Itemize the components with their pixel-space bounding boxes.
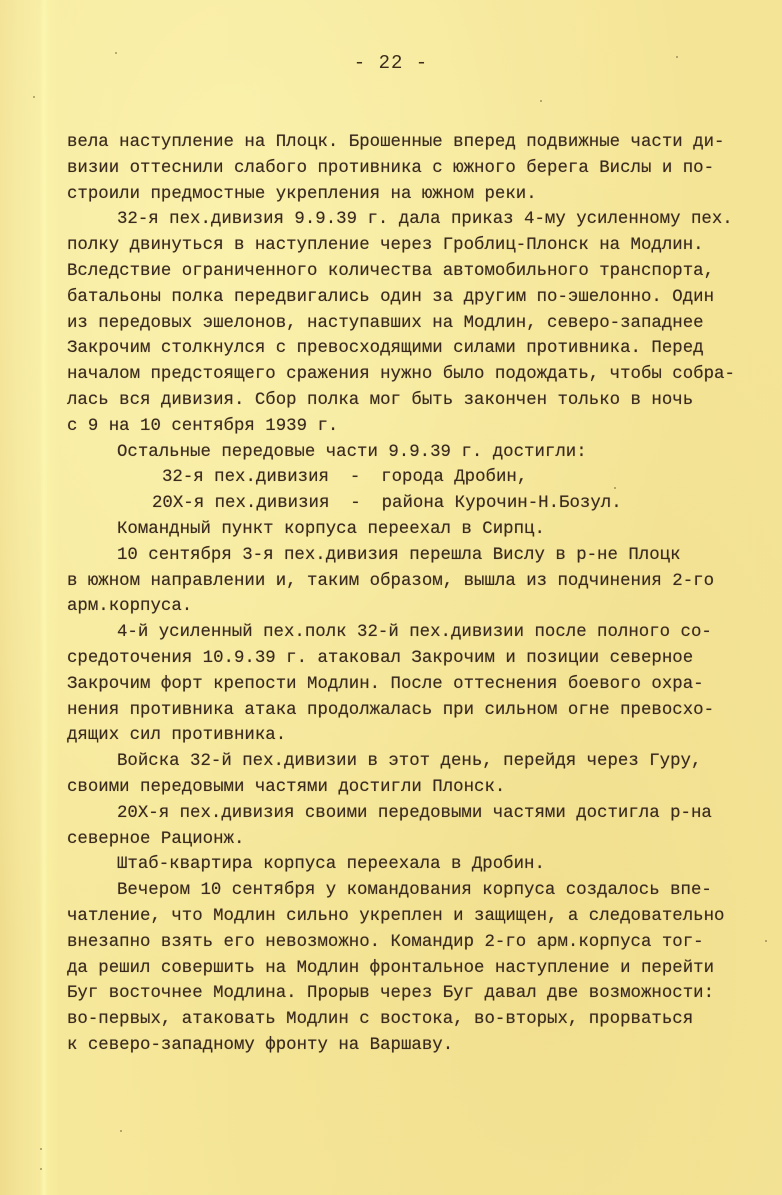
paper-speck [40,1168,42,1170]
paper-speck [40,1148,42,1150]
text-line: в южном направлении и, таким образом, вы… [67,569,757,595]
text-line: 20X-я пех.дивизия своими передовыми част… [67,801,757,827]
text-line: чатление, что Модлин сильно укреплен и з… [67,904,757,930]
paper-speck [540,100,542,102]
paper-speck [120,1130,122,1132]
paper-speck [33,96,35,98]
text-line: 32-я пех.дивизия - города Дробин, [67,465,757,491]
text-line: своими передовыми частями достигли Плонс… [67,775,757,801]
text-line: 10 сентября 3-я пех.дивизия перешла Висл… [67,543,757,569]
text-line: Войска 32-й пех.дивизии в этот день, пер… [67,749,757,775]
text-line: полку двинуться в наступление через Гроб… [67,233,757,259]
text-line: Буг восточнее Модлина. Прорыв через Буг … [67,981,757,1007]
text-line: Закрочим форт крепости Модлин. После отт… [67,672,757,698]
text-line: вела наступление на Плоцк. Брошенные впе… [67,130,757,156]
text-line: визии оттеснили слабого противника с южн… [67,156,757,182]
text-line: Вследствие ограниченного количества авто… [67,259,757,285]
text-line: Остальные передовые части 9.9.39 г. дост… [67,440,757,466]
text-line: северное Рационж. [67,827,757,853]
document-body: вела наступление на Плоцк. Брошенные впе… [67,130,757,1059]
paper-speck [765,940,767,942]
text-line: нения противника атака продолжалась при … [67,698,757,724]
text-line: батальоны полка передвигались один за др… [67,285,757,311]
text-line: из передовых эшелонов, наступавших на Мо… [67,311,757,337]
text-line: Командный пункт корпуса переехал в Сирпц… [67,517,757,543]
text-line: 20X-я пех.дивизия - района Курочин-Н.Боз… [67,491,757,517]
text-line: с 9 на 10 сентября 1939 г. [67,414,757,440]
text-line: да решил совершить на Модлин фронтальное… [67,956,757,982]
text-line: 4-й усиленный пех.полк 32-й пех.дивизии … [67,620,757,646]
page-number: - 22 - [0,52,782,74]
paper-fold-crease [40,0,48,1195]
text-line: строили предмостные укрепления на южном … [67,182,757,208]
text-line: арм.корпуса. [67,594,757,620]
text-line: 32-я пех.дивизия 9.9.39 г. дала приказ 4… [67,207,757,233]
text-line: Штаб-квартира корпуса переехала в Дробин… [67,852,757,878]
text-line: во-первых, атаковать Модлин с востока, в… [67,1007,757,1033]
text-line: средоточения 10.9.39 г. атаковал Закрочи… [67,646,757,672]
text-line: началом предстоящего сражения нужно было… [67,362,757,388]
text-line: к северо-западному фронту на Варшаву. [67,1033,757,1059]
text-line: Закрочим столкнулся с превосходящими сил… [67,336,757,362]
text-line: Вечером 10 сентября у командования корпу… [67,878,757,904]
text-line: лась вся дивизия. Сбор полка мог быть за… [67,388,757,414]
text-line: внезапно взять его невозможно. Командир … [67,930,757,956]
text-line: дящих сил противника. [67,723,757,749]
